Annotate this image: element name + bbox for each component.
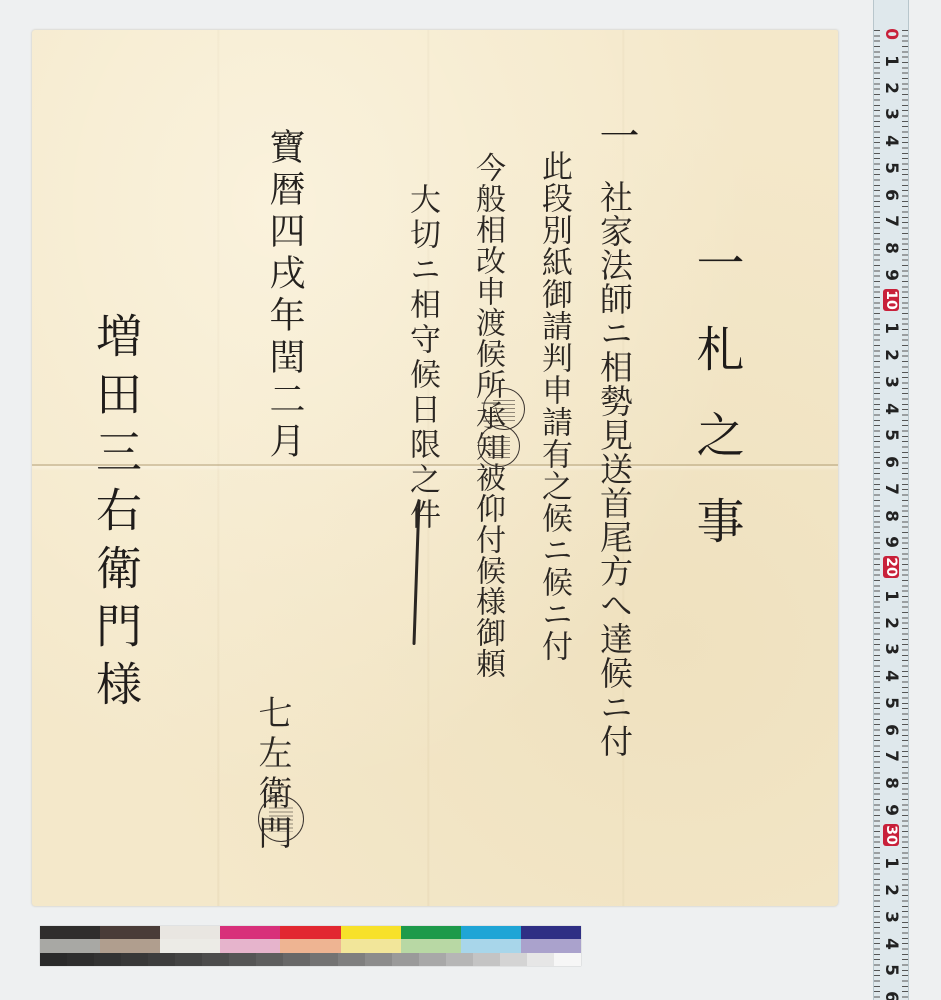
color-swatch	[280, 926, 340, 939]
color-swatch	[521, 939, 581, 953]
color-row-pastel	[40, 939, 581, 953]
ruler-label: 4	[881, 667, 901, 685]
ruler-label: 3	[881, 105, 901, 123]
ruler-label: 6	[881, 453, 901, 471]
ruler-label: 2	[881, 346, 901, 364]
color-swatch	[554, 953, 581, 966]
color-calibration-chart	[40, 926, 581, 966]
color-swatch	[40, 939, 100, 953]
color-swatch	[280, 939, 340, 953]
grayscale-row	[40, 953, 581, 966]
ruler-label: 20	[883, 556, 899, 578]
ruler-label: 10	[883, 289, 899, 311]
color-swatch	[202, 953, 229, 966]
color-swatch	[461, 926, 521, 939]
color-swatch	[121, 953, 148, 966]
document-title: 一札之事	[692, 238, 740, 582]
color-swatch	[341, 939, 401, 953]
body-line-2: 此段別紙御請判申請有之候ニ候ニ付	[538, 150, 569, 662]
measuring-ruler: 0123456789101234567892012345678930123456	[873, 0, 909, 1000]
ruler-label: 9	[881, 533, 901, 551]
ruler-label: 9	[881, 266, 901, 284]
body-line-1: 社家法師ニ相勢見送首尾方へ達候ニ付	[598, 180, 631, 758]
color-swatch	[160, 926, 220, 939]
ruler-label: 7	[881, 747, 901, 765]
ruler-label: 8	[881, 239, 901, 257]
color-swatch	[175, 953, 202, 966]
color-swatch	[419, 953, 446, 966]
color-swatch	[338, 953, 365, 966]
ruler-label: 1	[881, 587, 901, 605]
color-swatch	[341, 926, 401, 939]
color-swatch	[100, 939, 160, 953]
ruler-label: 6	[881, 988, 901, 1000]
color-swatch	[473, 953, 500, 966]
body-line-4: 大切ニ相守候日限之件	[406, 183, 437, 533]
color-swatch	[100, 926, 160, 939]
ruler-label: 6	[881, 186, 901, 204]
ruler-label: 7	[881, 212, 901, 230]
color-row-saturated	[40, 926, 581, 939]
ruler-label: 1	[881, 52, 901, 70]
ruler-label: 1	[881, 319, 901, 337]
color-swatch	[220, 926, 280, 939]
ruler-label: 5	[881, 694, 901, 712]
ruler-label: 4	[881, 400, 901, 418]
ruler-label: 9	[881, 801, 901, 819]
color-swatch	[401, 939, 461, 953]
signer-seal-icon	[258, 796, 304, 842]
addressee-name: 増田三右衛門様	[93, 312, 139, 718]
color-swatch	[527, 953, 554, 966]
color-swatch	[283, 953, 310, 966]
color-swatch	[40, 953, 67, 966]
color-swatch	[148, 953, 175, 966]
ruler-label: 3	[881, 640, 901, 658]
seal-stamp-icon	[478, 425, 520, 467]
color-swatch	[256, 953, 283, 966]
ruler-label: 5	[881, 159, 901, 177]
ruler-label: 2	[881, 79, 901, 97]
color-swatch	[67, 953, 94, 966]
color-swatch	[160, 939, 220, 953]
color-swatch	[521, 926, 581, 939]
ruler-label: 5	[881, 961, 901, 979]
ruler-label: 2	[881, 881, 901, 899]
color-swatch	[94, 953, 121, 966]
color-swatch	[461, 939, 521, 953]
ruler-label: 4	[881, 132, 901, 150]
ruler-label: 30	[883, 824, 899, 846]
ruler-label: 2	[881, 614, 901, 632]
color-swatch	[392, 953, 419, 966]
color-swatch	[220, 939, 280, 953]
ruler-label: 0	[881, 25, 901, 43]
color-swatch	[40, 926, 100, 939]
ruler-label: 1	[881, 854, 901, 872]
color-swatch	[310, 953, 337, 966]
color-swatch	[365, 953, 392, 966]
ruler-label: 3	[881, 373, 901, 391]
color-swatch	[500, 953, 527, 966]
color-swatch	[401, 926, 461, 939]
document-date: 寶暦四戌年閏二月	[266, 128, 302, 464]
ruler-label: 7	[881, 480, 901, 498]
ruler-label: 8	[881, 774, 901, 792]
color-swatch	[229, 953, 256, 966]
ruler-label: 6	[881, 721, 901, 739]
ruler-label: 5	[881, 426, 901, 444]
ruler-label: 4	[881, 935, 901, 953]
ruler-label: 8	[881, 507, 901, 525]
ruler-label: 3	[881, 908, 901, 926]
seal-stamp-icon	[483, 388, 525, 430]
color-swatch	[446, 953, 473, 966]
item-mark: 一	[596, 115, 636, 157]
